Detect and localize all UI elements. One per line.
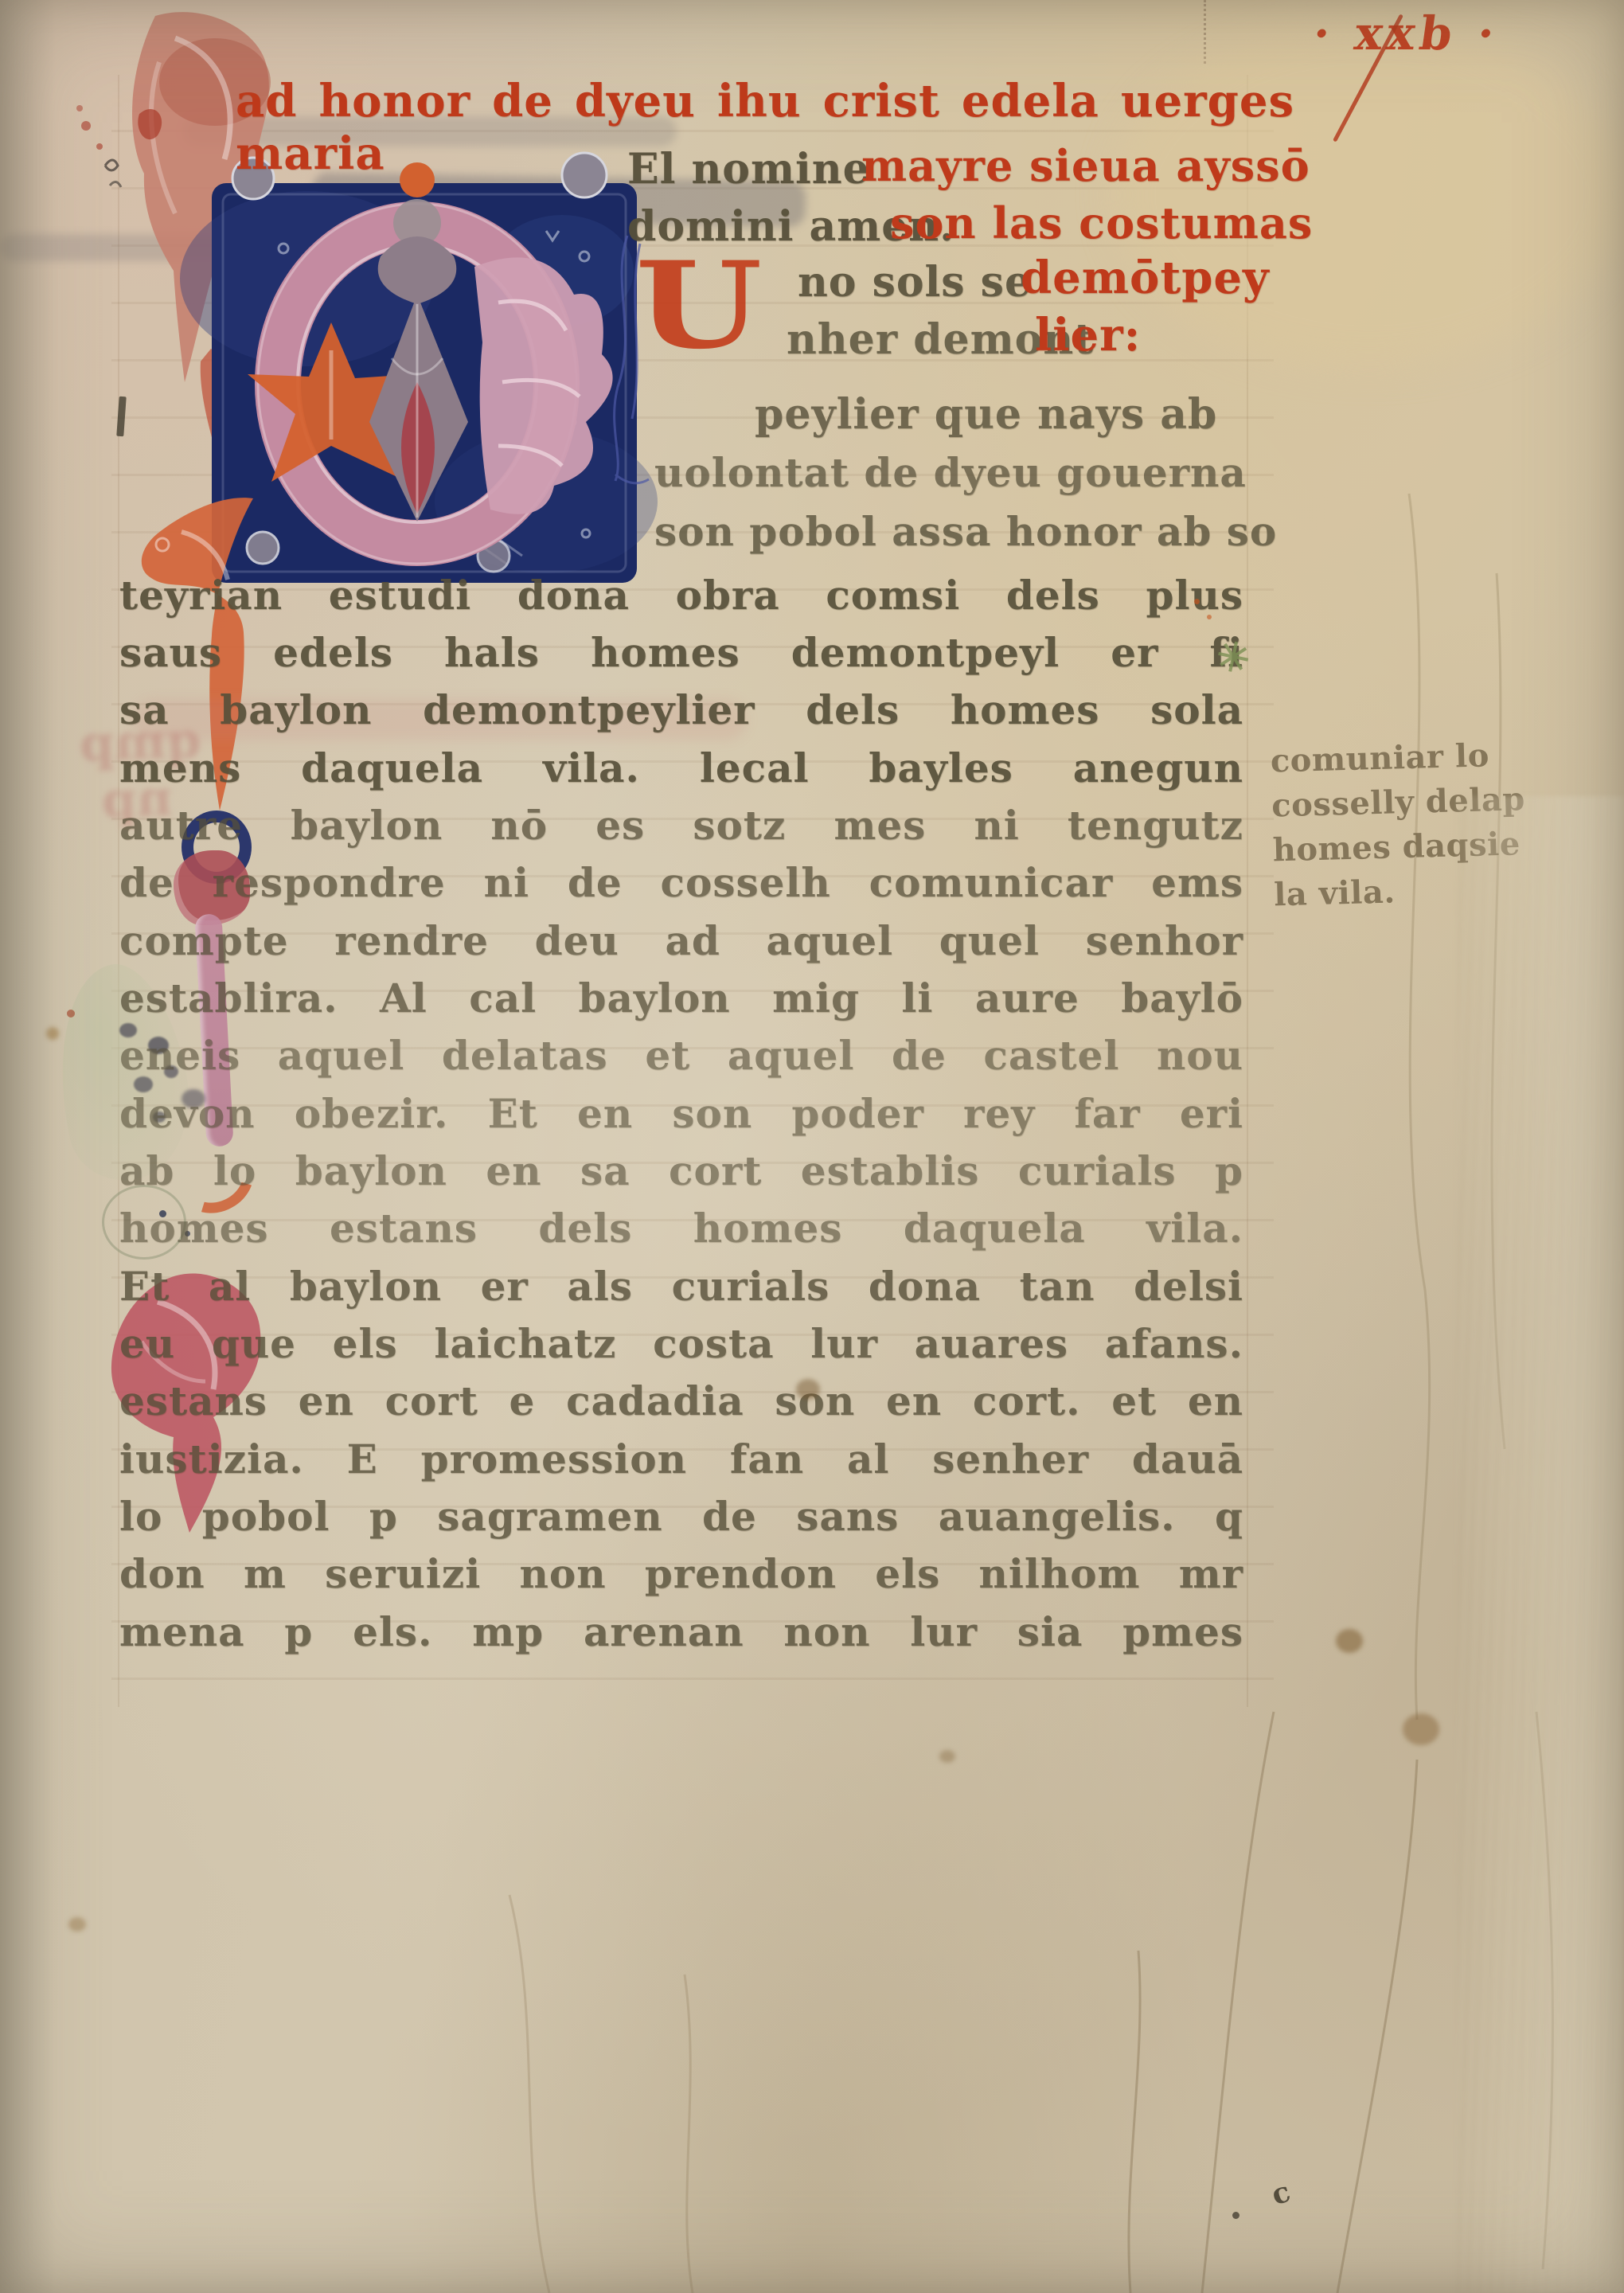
body-line: sa baylon demontpeylier dels homes sola — [119, 686, 1243, 744]
invocation-line: El nomine — [627, 145, 870, 193]
crease-lines — [446, 1895, 780, 2293]
gutter-shadow — [0, 0, 56, 2293]
orange-speck — [1207, 615, 1212, 619]
rubric-line: demōtpey — [1021, 252, 1270, 304]
red-speck — [67, 1010, 75, 1018]
body-line: de respondre ni de cosselh comunicar ems — [119, 859, 1243, 916]
body-line: mens daquela vila. lecal bayles anegun — [119, 744, 1243, 802]
body-line: autre baylon nō es sotz mes ni tengutz — [119, 802, 1243, 859]
stain-spot — [796, 1379, 820, 1400]
body-line: homes estans dels homes daquela vila. — [119, 1205, 1243, 1262]
body-line: Et al baylon er als curials dona tan del… — [119, 1263, 1243, 1320]
folio-number: · xxb · — [1310, 6, 1502, 61]
body-line: compte rendre deu ad aquel quel senhor — [119, 917, 1243, 975]
opening-line: no sols se — [798, 258, 1032, 307]
body-line: devon obezir. Et en son poder rey far er… — [119, 1090, 1243, 1147]
opening-line: uolontat de dyeu gouerna — [654, 449, 1247, 496]
body-line: estans en cort e cadadia son en cort. et… — [119, 1377, 1243, 1435]
orange-speck — [1194, 599, 1200, 604]
body-line: ab lo baylon en sa cort establis curials… — [119, 1147, 1243, 1205]
body-line: saus edels hals homes demontpeyl er fi — [119, 629, 1243, 686]
body-line: don m seruizi non prendon els nilhom mr — [119, 1550, 1243, 1607]
body-line: eu que els laichatz costa lur auares afa… — [119, 1320, 1243, 1377]
opening-line: peylier que nays ab — [755, 390, 1217, 439]
body-line: eneis aquel delatas et aquel de castel n… — [119, 1032, 1243, 1089]
rubric-line: mayre sieua ayssō — [861, 140, 1310, 191]
body-line: iustizia. E promession fan al senher dau… — [119, 1436, 1243, 1493]
body-line: mena p els. mp arenan non lur sia pmes — [119, 1608, 1243, 1666]
body-line: lo pobol p sagramen de sans auangelis. q — [119, 1493, 1243, 1550]
body-line: teyrian estudi dona obra comsi dels plus — [119, 572, 1243, 629]
rubric-line: lier: — [1035, 309, 1141, 361]
pen-initial-u: U — [635, 236, 763, 376]
parchment-page: · xxb · — [0, 0, 1624, 2293]
opening-line: son pobol assa honor ab so — [654, 508, 1277, 555]
stain-spot — [68, 1917, 86, 1932]
scuffed-edge-band — [1457, 796, 1624, 2293]
body-line: establira. Al cal baylon mig li aure bay… — [119, 975, 1243, 1032]
rubric-line: son las costumas — [890, 197, 1313, 248]
pricking-dotted-line — [1204, 0, 1206, 64]
